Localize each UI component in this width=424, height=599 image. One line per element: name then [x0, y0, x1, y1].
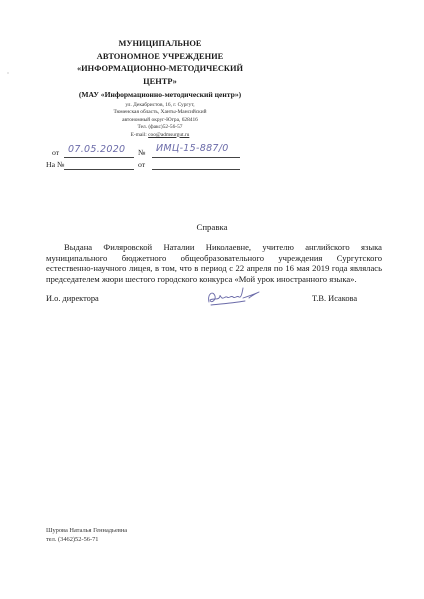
org-line: АВТОНОМНОЕ УЧРЕЖДЕНИЕ	[45, 51, 275, 64]
document-body: Выдана Филяровской Наталии Николаевне, у…	[46, 242, 382, 284]
reply-date-underline	[152, 169, 240, 170]
org-line: ЦЕНТР»	[45, 76, 275, 89]
reply-number-label: На №	[46, 160, 64, 169]
organization-address: ул. Декабристов, 16, г. Сургут, Тюменска…	[45, 102, 275, 139]
address-line: Тюменская область, Ханты-Мансийский	[45, 109, 275, 116]
number-underline	[152, 157, 240, 158]
org-line: МУНИЦИПАЛЬНОЕ	[45, 38, 275, 51]
handwritten-signature-icon	[205, 284, 261, 308]
date-value: 07.05.2020	[68, 144, 125, 155]
contact-phone: тел. (3462)52-56-71	[46, 536, 98, 543]
reply-number-underline	[64, 169, 134, 170]
email-line: E-mail: coo@admsurgut.ru	[45, 132, 275, 139]
phone-line: Тел. (факс)52-56-57	[45, 124, 275, 131]
date-label: от	[52, 148, 59, 157]
number-label: №	[138, 148, 145, 157]
date-underline	[64, 157, 134, 158]
email-link[interactable]: coo@admsurgut.ru	[148, 132, 189, 138]
signatory-role: И.о. директора	[46, 294, 99, 303]
org-line: «ИНФОРМАЦИОННО-МЕТОДИЧЕСКИЙ	[45, 63, 275, 76]
organization-name: МУНИЦИПАЛЬНОЕ АВТОНОМНОЕ УЧРЕЖДЕНИЕ «ИНФ…	[45, 38, 275, 88]
contact-name: Шурова Наталья Геннадьевна	[46, 527, 127, 534]
scan-speck	[7, 72, 9, 74]
document-title: Справка	[0, 222, 424, 232]
signatory-name: Т.В. Исакова	[312, 294, 357, 303]
reply-date-label: от	[138, 160, 145, 169]
organization-short-name: (МАУ «Информационно-методический центр»)	[45, 90, 275, 100]
number-value: ИМЦ-15-887/0	[156, 143, 229, 154]
